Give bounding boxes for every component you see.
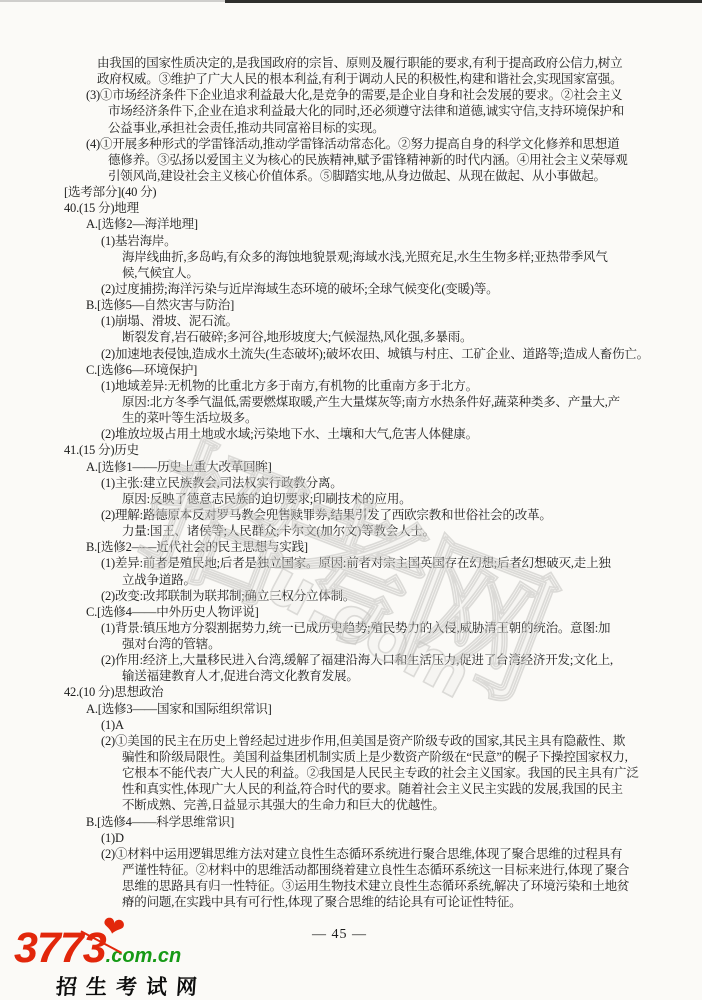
heart-balloon-icon: ❤ xyxy=(99,910,128,945)
text-line: B.[选修4——科学思维常识] xyxy=(0,814,702,830)
text-line: (3)①市场经济条件下企业追求利益最大化,是竞争的需要,是企业自身和社会发展的要… xyxy=(0,87,702,103)
text-line: (2)理解:路德原本反对罗马教会兜售赎罪券,结果引发了西欧宗教和世俗社会的改革。 xyxy=(0,507,702,523)
text-line: 瘠的问题,在实践中具有可行性,体现了聚合思维的结论具有可论证性特征。 xyxy=(0,894,702,910)
text-line: C.[选修4——中外历史人物评说] xyxy=(0,604,702,620)
text-line: 不断成熟、完善,日益显示其强大的生命力和巨大的优越性。 xyxy=(0,797,702,813)
text-line: 公益事业,承担社会责任,推动共同富裕目标的实现。 xyxy=(0,120,702,136)
text-line: B.[选修2——近代社会的民主思想与实践] xyxy=(0,539,702,555)
text-line: (2)堆放垃圾占用土地或水域;污染地下水、土壤和大气,危害人体健康。 xyxy=(0,426,702,442)
text-line: 42.(10 分)思想政治 xyxy=(0,684,702,700)
text-line: 由我国的国家性质决定的,是我国政府的宗旨、原则及履行职能的要求,有利于提高政府公… xyxy=(0,55,702,71)
logo-domain-text: .com.cn xyxy=(106,945,182,967)
text-line: 思维的思路具有归一性特征。③运用生物技术建立良性生态循环系统,解决了环境污染和土… xyxy=(0,878,702,894)
logo-brand-text: 3773 xyxy=(14,924,106,972)
text-line: 候,气候宜人。 xyxy=(0,265,702,281)
text-line: 性和真实性,体现广大人民的利益,符合时代的要求。随着社会主义民主实践的发展,我国… xyxy=(0,781,702,797)
page-number: — 45 — xyxy=(312,927,367,943)
text-line: 政府权威。③维护了广大人民的根本利益,有利于调动人民的积极性,构建和谐社会,实现… xyxy=(0,71,702,87)
scan-top-edge-dark xyxy=(225,0,702,3)
text-line: C.[选修6—环境保护] xyxy=(0,362,702,378)
text-line: 骗性和阶级局限性。美国利益集团机制实质上是少数资产阶级在“民意”的幌子下操控国家… xyxy=(0,749,702,765)
text-line: 市场经济条件下,企业在追求利益最大化的同时,还必须遵守法律和道德,诚实守信,支持… xyxy=(0,103,702,119)
text-line: 海岸线曲折,多岛屿,有众多的海蚀地貌景观;海域水浅,光照充足,水生生物多样;亚热… xyxy=(0,249,702,265)
text-line: [选考部分](40 分) xyxy=(0,184,702,200)
text-line: (1)崩塌、滑坡、泥石流。 xyxy=(0,313,702,329)
answer-text-block: 由我国的国家性质决定的,是我国政府的宗旨、原则及履行职能的要求,有利于提高政府公… xyxy=(0,55,702,910)
text-line: (1)基岩海岸。 xyxy=(0,233,702,249)
text-line: (2)加速地表侵蚀,造成水土流失(生态破坏);破坏农田、城镇与村庄、工矿企业、道… xyxy=(0,346,702,362)
text-line: (2)过度捕捞;海洋污染与近岸海域生态环境的破坏;全球气候变化(变暖)等。 xyxy=(0,281,702,297)
text-line: A.[选修2—海洋地理] xyxy=(0,216,702,232)
text-line: (2)①材料中运用逻辑思维方法对建立良性生态循环系统进行聚合思维,体现了聚合思维… xyxy=(0,846,702,862)
text-line: 德修养。③弘扬以爱国主义为核心的民族精神,赋予雷锋精神新的时代内涵。④用社会主义… xyxy=(0,152,702,168)
text-line: 原因:北方冬季气温低,需要燃煤取暖,产生大量煤灰等;南方水热条件好,蔬菜种类多、… xyxy=(0,394,702,410)
text-line: (1)A xyxy=(0,717,702,733)
text-line: (1)差异:前者是殖民地;后者是独立国家。原因:前者对宗主国英国存在幻想;后者幻… xyxy=(0,555,702,571)
text-line: 原因:反映了德意志民族的迫切要求;印刷技术的应用。 xyxy=(0,491,702,507)
text-line: 力量:国王、诸侯等;人民群众;卡尔文(加尔文)等教会人士。 xyxy=(0,523,702,539)
text-line: A.[选修3——国家和国际组织常识] xyxy=(0,701,702,717)
site-logo: 3773.com.cn ❤ 招生考试网 xyxy=(14,924,206,1000)
text-line: 输送福建教育人才,促进台湾文化教育发展。 xyxy=(0,668,702,684)
text-line: 立战争道路。 xyxy=(0,572,702,588)
text-line: (2)改变:改邦联制为联邦制;确立三权分立体制。 xyxy=(0,588,702,604)
text-line: 引领风尚,建设社会主义核心价值体系。⑤脚踏实地,从身边做起、从现在做起、从小事做… xyxy=(0,168,702,184)
text-line: (2)作用:经济上,大量移民进入台湾,缓解了福建沿海人口和生活压力,促进了台湾经… xyxy=(0,652,702,668)
text-line: 41.(15 分)历史 xyxy=(0,442,702,458)
text-line: (1)背景:镇压地方分裂割据势力,统一已成历史趋势;殖民势力的入侵,威胁清王朝的… xyxy=(0,620,702,636)
text-line: (2)①美国的民主在历史上曾经起过进步作用,但美国是资产阶级专政的国家,其民主具… xyxy=(0,733,702,749)
text-line: (1)地域差异:无机物的比重北方多于南方,有机物的比重南方多于北方。 xyxy=(0,378,702,394)
text-line: 生的菜叶等生活垃圾多。 xyxy=(0,410,702,426)
text-line: 断裂发育,岩石破碎;多河谷,地形坡度大;气候湿热,风化强,多暴雨。 xyxy=(0,329,702,345)
text-line: 它根本不能代表广大人民的利益。②我国是人民民主专政的社会主义国家。我国的民主具有… xyxy=(0,765,702,781)
text-line: A.[选修1——历史上重大改革回眸] xyxy=(0,459,702,475)
text-line: (1)D xyxy=(0,830,702,846)
scanned-exam-answer-page: 由我国的国家性质决定的,是我国政府的宗旨、原则及履行职能的要求,有利于提高政府公… xyxy=(0,0,702,1000)
text-line: 强对台湾的管辖。 xyxy=(0,636,702,652)
text-line: (1)主张:建立民族教会,司法权实行政教分离。 xyxy=(0,475,702,491)
text-line: B.[选修5—自然灾害与防治] xyxy=(0,297,702,313)
logo-tagline-text: 招生考试网 xyxy=(13,971,207,1000)
text-line: 40.(15 分)地理 xyxy=(0,200,702,216)
text-line: 严谨性特征。②材料中的思维活动都围绕着建立良性生态循环系统这一目标来进行,体现了… xyxy=(0,862,702,878)
text-line: (4)①开展多种形式的学雷锋活动,推动学雷锋活动常态化。②努力提高自身的科学文化… xyxy=(0,136,702,152)
